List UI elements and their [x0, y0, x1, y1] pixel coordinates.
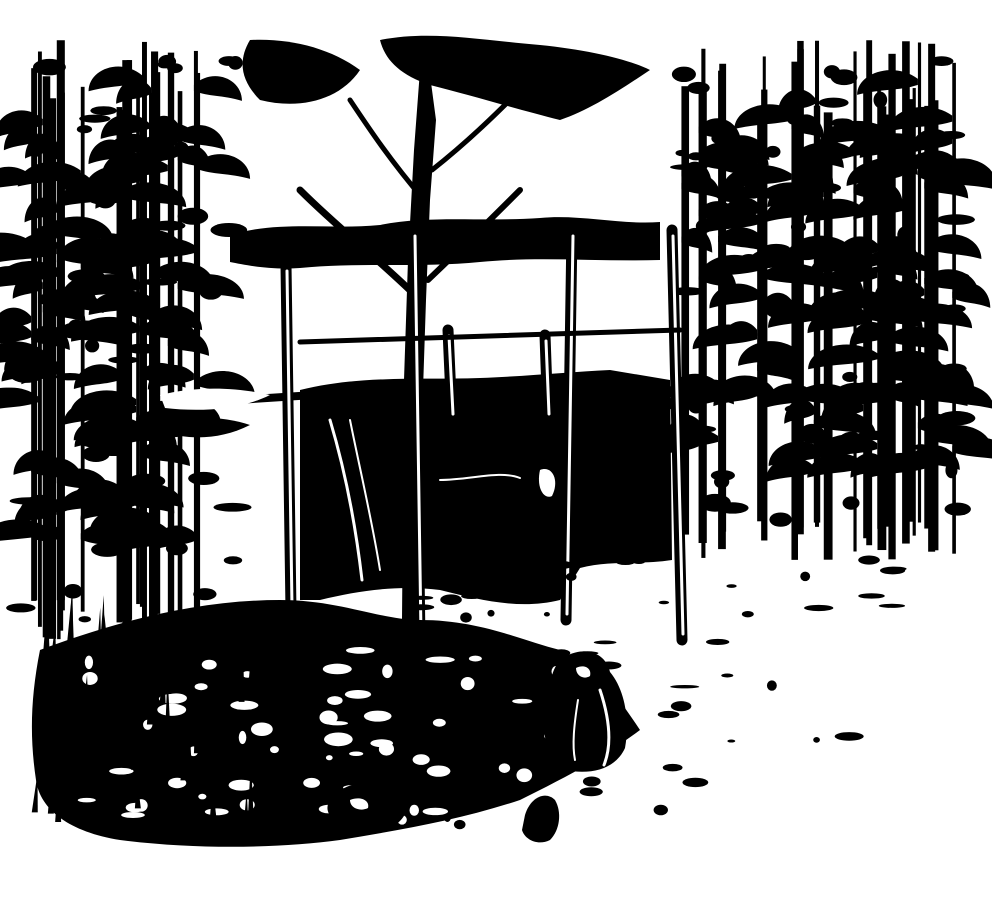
ground-light-spot [345, 690, 371, 699]
ground-light-spot [195, 683, 208, 690]
foliage-blot [34, 226, 58, 243]
foliage-blot [831, 118, 854, 127]
foliage-blot [714, 128, 735, 137]
ground-light-spot [239, 731, 247, 744]
bamboo-stalk [763, 56, 766, 532]
bamboo-stalk [43, 76, 51, 637]
foliage-blot [685, 426, 716, 433]
ground-light-spot [410, 805, 419, 816]
foliage-blot [769, 512, 791, 526]
ground-dab [616, 558, 635, 565]
foliage-blot [943, 304, 965, 313]
foliage-blot [913, 444, 928, 450]
ground-dab [663, 764, 683, 772]
ground-light-spot [364, 711, 392, 722]
ground-dab [409, 596, 433, 600]
foliage-blot [785, 405, 809, 414]
bamboo-stalk [197, 73, 201, 632]
foliage-blot [699, 494, 731, 512]
foliage-blot [228, 56, 243, 70]
ground-dab [813, 737, 820, 743]
foliage-blot [810, 194, 824, 208]
foliage-blot [91, 542, 123, 556]
ground-dab [510, 704, 531, 707]
foliage-blot [6, 603, 35, 612]
ground-light-spot [499, 763, 510, 773]
ground-light-spot [323, 664, 352, 675]
foliage-blot [140, 136, 177, 148]
ground-light-spot [349, 752, 363, 756]
ground-dab [804, 605, 833, 611]
foliage-blot [178, 208, 209, 225]
foliage-blot [173, 142, 189, 158]
foliage-blot [882, 199, 911, 211]
foliage-blot [79, 616, 91, 622]
foliage-blot [945, 503, 971, 516]
ground-dab [858, 556, 880, 565]
foliage-blot [870, 267, 889, 273]
ground-light-spot [382, 665, 392, 678]
ground-dab [422, 788, 434, 798]
ground-dab [458, 565, 486, 572]
foliage-blot [699, 266, 726, 276]
ground-light-spot [251, 722, 273, 736]
foliage-blot [68, 327, 82, 334]
ground-light-spot [461, 677, 475, 690]
ground-light-spot [157, 704, 186, 716]
foliage-blot [85, 339, 99, 352]
ground-dab [654, 805, 668, 816]
foliage-blot [930, 56, 954, 66]
foliage-blot [166, 541, 188, 555]
ground-light-spot [202, 660, 217, 670]
foliage-blot [158, 55, 176, 68]
foliage-blot [843, 496, 860, 509]
foliage-blot [11, 369, 43, 383]
foliage-blot [744, 182, 763, 199]
ground-dab [464, 767, 491, 774]
foliage-blot [787, 113, 807, 125]
bamboo-stalk [815, 41, 819, 527]
ground-light-spot [370, 739, 393, 747]
foliage-blot [68, 269, 105, 283]
foliage-blot [739, 254, 759, 268]
foliage-blot [917, 393, 951, 401]
foliage-blot [895, 118, 917, 129]
foliage-blot [830, 127, 856, 136]
foliage-blot [791, 221, 806, 232]
ground-light-spot [346, 647, 375, 654]
foliage-blot [90, 106, 117, 115]
ground-light-spot [413, 754, 430, 765]
foliage-blot [90, 196, 109, 204]
foliage-blot [210, 223, 247, 237]
foliage-blot [696, 219, 712, 233]
bamboo-stalk [57, 40, 65, 600]
ground-dab [488, 566, 513, 571]
ground-dab [726, 584, 736, 588]
foliage-blot [687, 82, 709, 94]
ground-light-spot [82, 672, 97, 685]
foliage-blot [806, 240, 828, 253]
foliage-blot [670, 164, 708, 170]
ground-dab [800, 572, 810, 582]
ground-dab [682, 778, 708, 787]
foliage-blot [771, 310, 800, 318]
ground-dab [435, 699, 459, 706]
foliage-blot [937, 131, 965, 139]
foliage-blot [942, 363, 967, 373]
foliage-blot [55, 373, 84, 380]
foliage-blot [842, 372, 857, 382]
foliage-blot [142, 278, 178, 285]
ground-dab [566, 573, 577, 581]
ground-dab [580, 787, 603, 796]
ground-dab [440, 594, 462, 605]
foliage-blot [79, 115, 110, 123]
bamboo-stalk [122, 60, 130, 630]
ground-dab [544, 561, 574, 570]
ground-light-spot [327, 721, 348, 725]
foliage-blot [224, 556, 242, 564]
foliage-blot [675, 150, 688, 156]
foliage-blot [89, 407, 104, 418]
foliage-blot [29, 525, 64, 541]
ground-dab [835, 732, 864, 741]
ground-dab [461, 593, 482, 599]
ground-light-spot [205, 808, 229, 815]
foliage-blot [10, 497, 50, 504]
foliage-blot [857, 431, 893, 440]
foliage-blot [714, 475, 729, 488]
ground-light-spot [469, 656, 482, 662]
ground-dab [583, 776, 601, 786]
bamboo-stalk [140, 119, 147, 607]
ground-dab [727, 740, 735, 743]
ground-dab [433, 574, 451, 583]
ground-dab [880, 567, 905, 575]
ground-light-spot [230, 701, 258, 710]
ground-light-spot [121, 812, 145, 818]
ground-light-spot [423, 808, 448, 815]
foliage-blot [188, 472, 219, 485]
ink-illustration [0, 0, 992, 909]
foliage-blot [688, 152, 704, 160]
ground-light-spot [270, 746, 279, 753]
ground-dab [525, 557, 537, 566]
ground-light-spot [426, 657, 455, 663]
ground-light-spot [303, 778, 320, 788]
foliage-blot [43, 148, 63, 160]
ground-light-spot [109, 768, 133, 775]
ground-dab [427, 671, 437, 681]
ground-dab [407, 604, 434, 610]
foliage-blot [765, 146, 780, 158]
ground-dab [767, 680, 777, 690]
ground-dab [659, 601, 670, 605]
ground-dab [742, 611, 754, 617]
ground-dab [858, 593, 885, 598]
ground-light-spot [512, 699, 532, 704]
foliage-blot [945, 462, 957, 478]
ground-dab [721, 674, 733, 678]
ground-dab [508, 675, 524, 679]
foliage-blot [199, 284, 222, 299]
ground-dab [460, 612, 472, 622]
ground-dab [508, 654, 536, 658]
ground-light-spot [78, 798, 96, 803]
ground-dab [487, 610, 494, 617]
foliage-blot [897, 226, 914, 244]
foliage-blot [938, 411, 976, 425]
foliage-blot [112, 303, 135, 311]
bamboo-stalk [902, 41, 910, 543]
ground-dab [425, 570, 455, 574]
foliage-blot [77, 125, 92, 133]
foliage-blot [819, 98, 849, 108]
foliage-blot [28, 144, 43, 157]
foliage-blot [33, 59, 66, 75]
ground-dab [479, 684, 489, 691]
foliage-blot [24, 175, 58, 183]
foliage-blot [851, 297, 880, 306]
foliage-blot [128, 474, 165, 489]
ground-dab [671, 701, 692, 711]
ground-dab [453, 574, 482, 580]
foliage-blot [874, 92, 888, 109]
ground-light-spot [324, 732, 353, 746]
foliage-blot [126, 218, 161, 233]
ground-light-spot [506, 809, 515, 821]
ground-dab [444, 813, 451, 822]
foliage-blot [937, 214, 975, 225]
ground-light-spot [433, 719, 446, 727]
ground-dab [541, 584, 551, 590]
ground-dab [433, 695, 439, 700]
ground-dab [544, 612, 550, 616]
foliage-blot [64, 584, 83, 599]
foliage-blot [929, 272, 969, 280]
foliage-blot [213, 503, 251, 512]
foliage-blot [672, 67, 696, 82]
ground-dab [516, 577, 538, 583]
foliage-blot [82, 446, 110, 462]
foliage-blot [688, 400, 703, 414]
ground-light-spot [427, 765, 451, 776]
ground-light-spot [198, 794, 206, 800]
ground-dab [658, 711, 680, 718]
foliage-blot [125, 344, 158, 354]
foliage-blot [108, 356, 139, 363]
foliage-blot [193, 588, 216, 600]
ground-dab [454, 820, 466, 829]
ground-light-spot [516, 768, 532, 782]
ground-dab [479, 560, 499, 565]
ground-dab [594, 641, 617, 645]
foliage-blot [831, 69, 858, 85]
ground-light-spot [326, 755, 333, 760]
ground-dab [670, 685, 699, 688]
ground-dab [460, 579, 467, 585]
ground-dab [416, 778, 432, 783]
ground-dab [879, 604, 905, 608]
bamboo-stalk [151, 51, 158, 611]
ground-light-spot [327, 696, 343, 705]
foliage-blot [815, 183, 841, 192]
ground-light-spot [85, 656, 93, 669]
foliage-blot [762, 244, 790, 254]
ground-dab [710, 639, 728, 644]
